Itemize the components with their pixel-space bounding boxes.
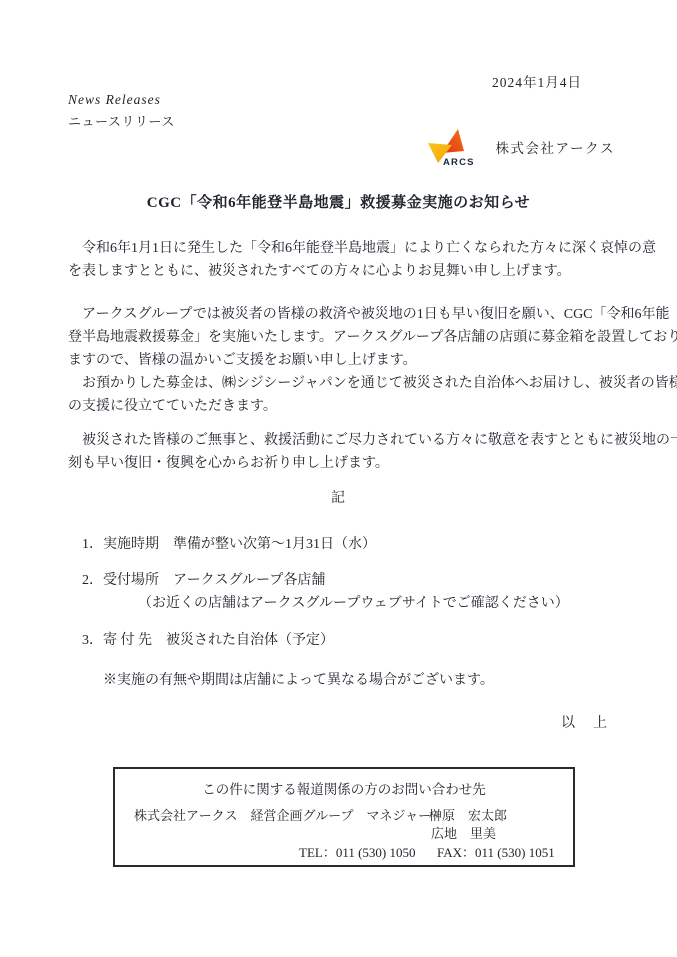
list-item-donee: 3．寄 付 先 被災された自治体（予定） xyxy=(82,629,334,649)
list-item-location: 2．受付場所 アークスグループ各店舗 xyxy=(82,569,325,589)
paragraph-line: を表しますとともに、被災されたすべての方々に心よりお見舞い申し上げます。 xyxy=(68,260,628,283)
paragraph-line: ますので、皆様の温かいご支援をお願い申し上げます。 xyxy=(68,349,628,372)
contact-company-line: 株式会社アークス 経営企画グループ マネジャー xyxy=(134,805,431,824)
company-name: 株式会社アークス xyxy=(496,137,615,157)
page-title: CGC「令和6年能登半島地震」救援募金実施のお知らせ xyxy=(0,191,677,212)
contact-box-header: この件に関する報道関係の方のお問い合わせ先 xyxy=(115,778,573,798)
closing-marker: 以 上 xyxy=(561,712,609,732)
date-line: 2024年1月4日 xyxy=(492,71,582,91)
news-releases-en-label: News Releases xyxy=(68,92,161,108)
paragraph-line: 令和6年1月1日に発生した「令和6年能登半島地震」により亡くなられた方々に深く哀… xyxy=(68,237,628,260)
contact-person-1: 榊原 宏太郎 xyxy=(429,805,507,824)
paragraph-line: お預かりした募金は、㈱シジシージャパンを通じて被災された自治体へお届けし、被災者… xyxy=(68,372,628,395)
paragraph-respect: 被災された皆様のご無事と、救援活動にご尽力されている方々に敬意を表すとともに被災… xyxy=(68,429,628,475)
contact-box: この件に関する報道関係の方のお問い合わせ先 株式会社アークス 経営企画グループ … xyxy=(113,767,575,867)
paragraph-line: 被災された皆様のご無事と、救援活動にご尽力されている方々に敬意を表すとともに被災… xyxy=(68,429,628,452)
news-release-page: 2024年1月4日 News Releases ニュースリリース ARCS 株式… xyxy=(0,0,677,957)
contact-tel: TEL：011 (530) 1050 xyxy=(299,842,416,861)
paragraph-line: 刻も早い復旧・復興を心からお祈り申し上げます。 xyxy=(68,452,628,475)
logo-arcs-text: ARCS xyxy=(443,157,475,168)
record-marker: 記 xyxy=(0,487,677,507)
paragraph-condolence: 令和6年1月1日に発生した「令和6年能登半島地震」により亡くなられた方々に深く哀… xyxy=(68,237,628,283)
paragraph-line: アークスグループでは被災者の皆様の救済や被災地の1日も早い復旧を願い、CGC「令… xyxy=(68,303,628,326)
company-brand: ARCS 株式会社アークス xyxy=(426,126,615,168)
list-item-location-note: （お近くの店舗はアークスグループウェブサイトでご確認ください） xyxy=(138,592,569,612)
list-item-period: 1．実施時期 準備が整い次第～1月31日（水） xyxy=(82,533,376,553)
paragraph-line: 登半島地震救援募金」を実施いたします。アークスグループ各店舗の店頭に募金箱を設置… xyxy=(68,326,628,349)
paragraph-line: の支援に役立てていただきます。 xyxy=(68,395,628,418)
contact-person-2: 広地 里美 xyxy=(431,823,496,842)
contact-fax: FAX：011 (530) 1051 xyxy=(437,842,555,861)
news-releases-ja-label: ニュースリリース xyxy=(68,111,175,130)
paragraph-fund-announcement: アークスグループでは被災者の皆様の救済や被災地の1日も早い復旧を願い、CGC「令… xyxy=(68,303,628,418)
arcs-logo-icon: ARCS xyxy=(426,126,484,168)
footnote: ※実施の有無や期間は店舗によって異なる場合がございます。 xyxy=(103,669,494,689)
